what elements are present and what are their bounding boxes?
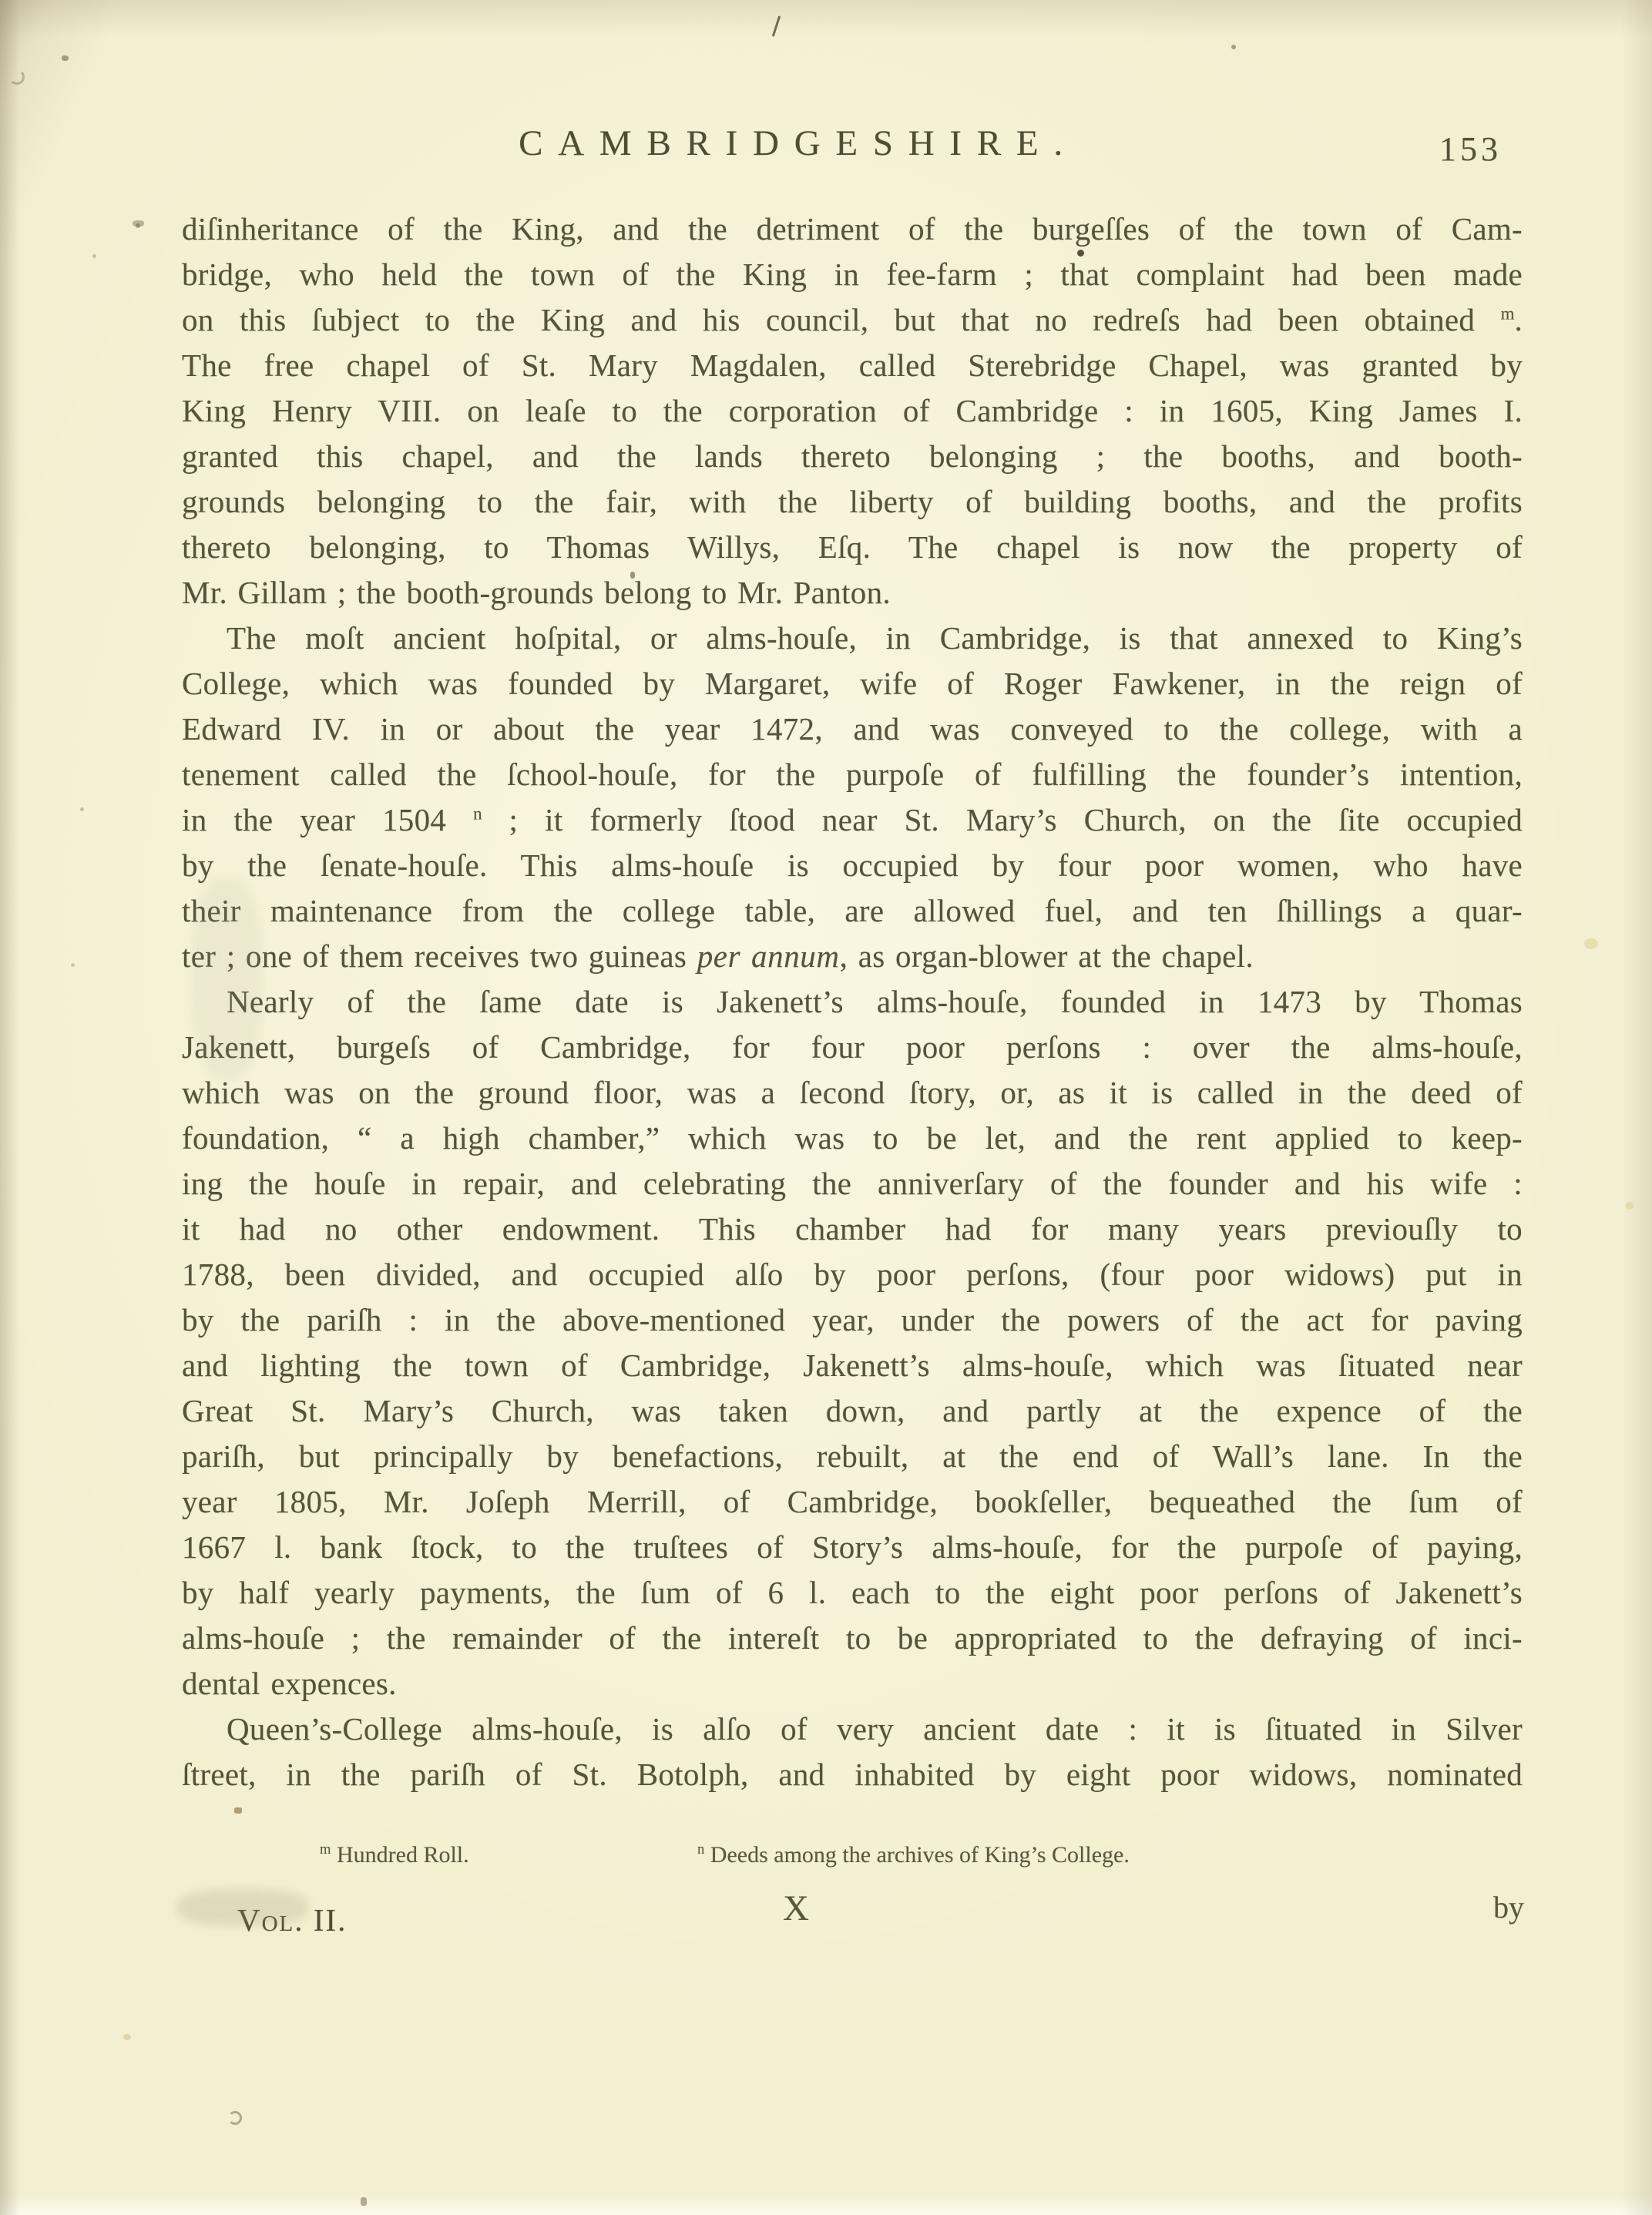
ink-speck bbox=[1077, 250, 1084, 257]
text-line: bridge, who held the town of the King in… bbox=[182, 252, 1523, 297]
ink-speck bbox=[361, 2197, 367, 2206]
text-line: by the pariſh : in the above-mentioned y… bbox=[182, 1297, 1523, 1343]
ink-speck bbox=[92, 254, 96, 258]
text-line: year 1805, Mr. Joſeph Merrill, of Cambri… bbox=[182, 1479, 1523, 1525]
ink-speck bbox=[1231, 45, 1236, 49]
show-through-ghost bbox=[177, 1889, 308, 1926]
text-line: thereto belonging, to Thomas Willys, Eſq… bbox=[182, 525, 1523, 570]
text-line: 1667 l. bank ſtock, to the truſtees of S… bbox=[182, 1525, 1523, 1570]
paragraph: Nearly of the ſame date is Jakenett’s al… bbox=[182, 979, 1523, 1707]
footnote: m Hundred Roll. bbox=[320, 1840, 469, 1871]
ink-speck bbox=[9, 69, 25, 85]
text-line: their maintenance from the college table… bbox=[182, 888, 1523, 934]
page-number: 153 bbox=[1439, 129, 1502, 169]
text-line: on this ſubject to the King and his coun… bbox=[182, 297, 1523, 343]
page-title: CAMBRIDGESHIRE. bbox=[182, 122, 1415, 165]
text-line: granted this chapel, and the lands there… bbox=[182, 434, 1523, 479]
text-line: Edward IV. in or about the year 1472, an… bbox=[182, 706, 1523, 752]
text-line: it had no other endowment. This chamber … bbox=[182, 1207, 1523, 1252]
ink-speck bbox=[136, 223, 140, 228]
text-line: The moſt ancient hoſpital, or alms-houſe… bbox=[182, 616, 1523, 661]
text-line: ſtreet, in the pariſh of St. Botolph, an… bbox=[182, 1752, 1523, 1797]
show-through-ghost bbox=[193, 878, 262, 1079]
paragraph: Queen’s-College alms-houſe, is alſo of v… bbox=[182, 1707, 1523, 1797]
signature-mark: X bbox=[783, 1888, 809, 1929]
text-line: ter ; one of them receives two guineas p… bbox=[182, 934, 1523, 979]
text-line: Jakenett, burgeſs of Cambridge, for four… bbox=[182, 1025, 1523, 1070]
body-paragraphs: diſinheritance of the King, and the detr… bbox=[182, 206, 1523, 1797]
text-line: and lighting the town of Cambridge, Jake… bbox=[182, 1343, 1523, 1388]
ink-speck bbox=[772, 15, 781, 37]
text-line: grounds belonging to the fair, with the … bbox=[182, 479, 1523, 525]
text-line: by the ſenate-houſe. This alms-houſe is … bbox=[182, 843, 1523, 888]
ink-speck bbox=[1626, 1202, 1634, 1210]
text-line: Queen’s-College alms-houſe, is alſo of v… bbox=[182, 1707, 1523, 1752]
ink-speck bbox=[630, 572, 635, 579]
ink-speck bbox=[62, 55, 69, 61]
text-line: tenement called the ſchool-houſe, for th… bbox=[182, 752, 1523, 797]
text-line: Nearly of the ſame date is Jakenett’s al… bbox=[182, 979, 1523, 1025]
scanned-book-page: CAMBRIDGESHIRE. 153 diſinheritance of th… bbox=[0, 0, 1652, 2215]
text-line: Great St. Mary’s Church, was taken down,… bbox=[182, 1388, 1523, 1434]
paragraph: The moſt ancient hoſpital, or alms-houſe… bbox=[182, 616, 1523, 979]
text-line: by half yearly payments, the ſum of 6 l.… bbox=[182, 1570, 1523, 1616]
text-line: The free chapel of St. Mary Magdalen, ca… bbox=[182, 343, 1523, 388]
ink-speck bbox=[234, 1807, 242, 1814]
catchword: by bbox=[1464, 1889, 1524, 1925]
text-line: diſinheritance of the King, and the detr… bbox=[182, 206, 1523, 252]
text-line: alms-houſe ; the remainder of the intere… bbox=[182, 1616, 1523, 1661]
text-line: dental expences. bbox=[182, 1661, 1523, 1707]
ink-speck bbox=[1584, 938, 1598, 949]
ink-speck bbox=[71, 963, 75, 967]
text-line: College, which was founded by Margaret, … bbox=[182, 661, 1523, 706]
text-line: Mr. Gillam ; the booth-grounds belong to… bbox=[182, 570, 1523, 616]
paragraph: diſinheritance of the King, and the detr… bbox=[182, 206, 1523, 616]
footnote: n Deeds among the archives of King’s Col… bbox=[697, 1840, 1130, 1871]
text-line: foundation, “ a high chamber,” which was… bbox=[182, 1116, 1523, 1161]
text-line: 1788, been divided, and occupied alſo by… bbox=[182, 1252, 1523, 1297]
ink-speck bbox=[80, 807, 84, 811]
text-line: pariſh, but principally by benefactions,… bbox=[182, 1434, 1523, 1479]
ink-speck bbox=[228, 2111, 242, 2125]
text-line: which was on the ground floor, was a ſec… bbox=[182, 1070, 1523, 1116]
ink-speck bbox=[123, 2034, 131, 2040]
text-line: in the year 1504 n ; it formerly ſtood n… bbox=[182, 797, 1523, 843]
text-line: King Henry VIII. on leaſe to the corpora… bbox=[182, 388, 1523, 434]
text-line: ing the houſe in repair, and celebrating… bbox=[182, 1161, 1523, 1207]
